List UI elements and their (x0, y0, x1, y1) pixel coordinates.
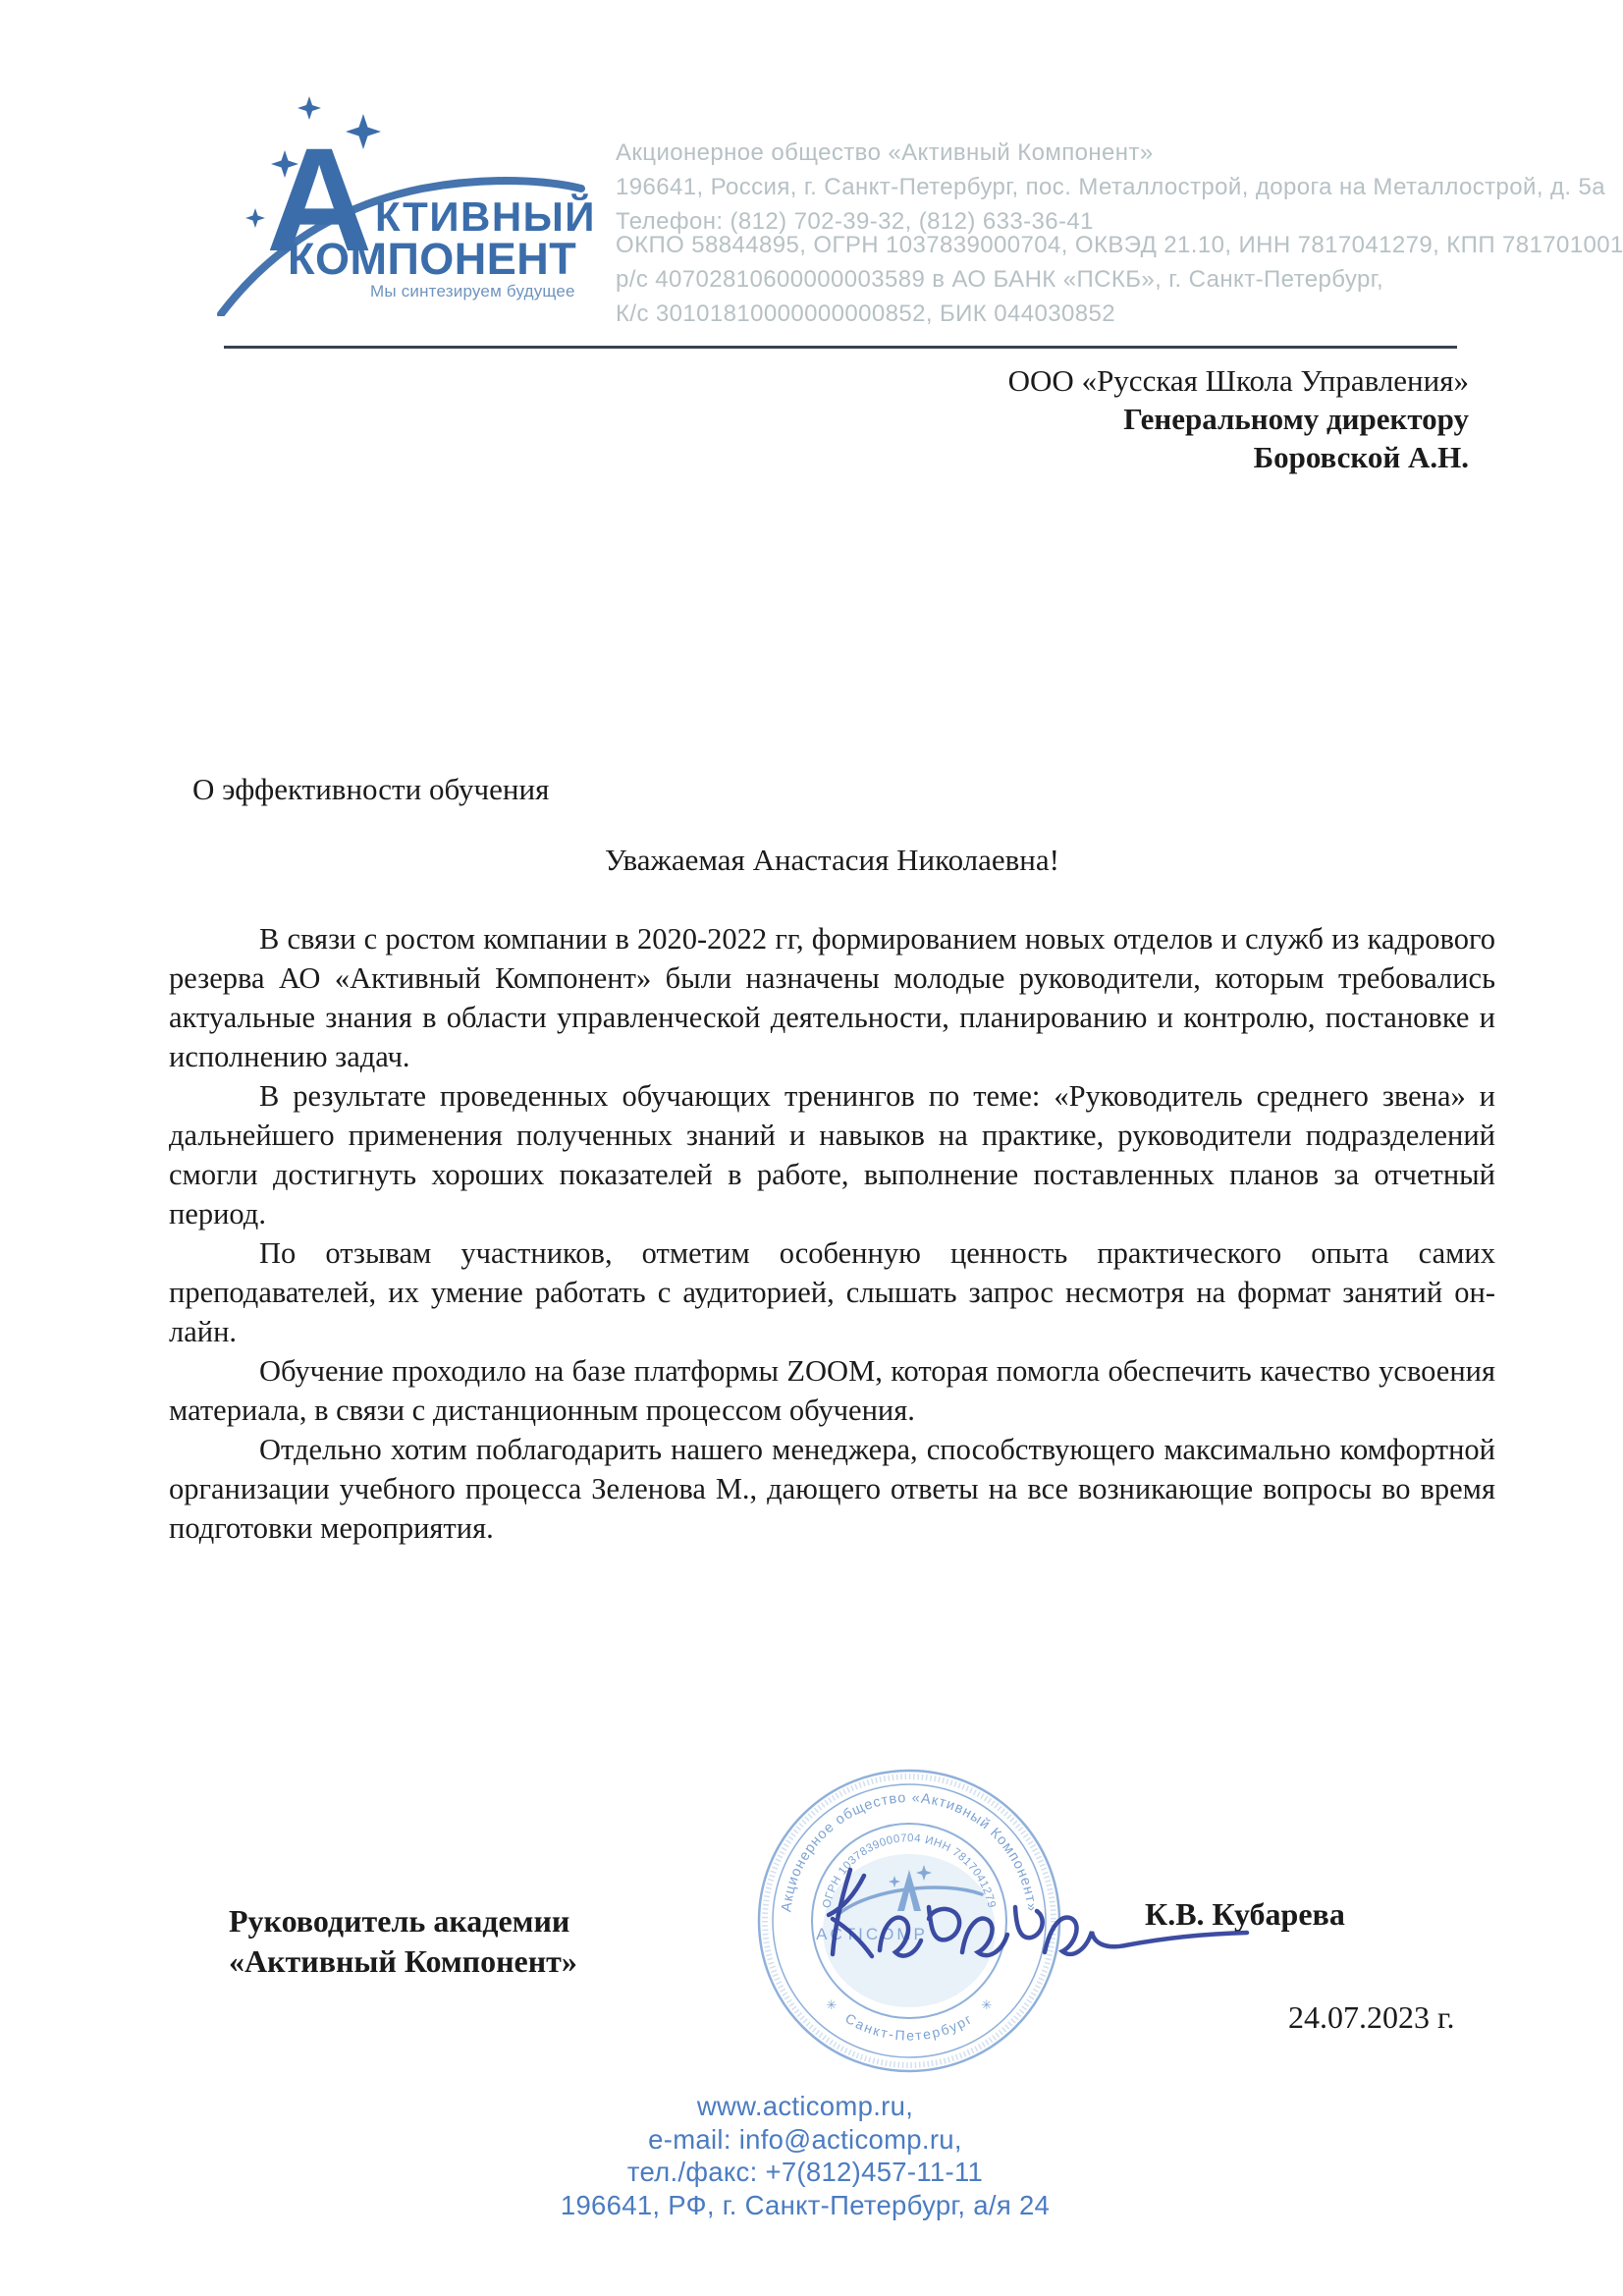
paragraph: В связи с ростом компании в 2020-2022 гг… (169, 919, 1495, 1076)
company-address-line: 196641, Россия, г. Санкт-Петербург, пос.… (616, 170, 1605, 204)
letter-date: 24.07.2023 г. (1288, 1999, 1455, 2036)
requisites-line: р/с 40702810600000003589 в АО БАНК «ПСКБ… (616, 262, 1623, 297)
salutation: Уважаемая Анастасия Николаевна! (169, 843, 1495, 878)
handwritten-signature (813, 1844, 1274, 1987)
paragraph: Обучение проходило на базе платформы ZOO… (169, 1351, 1495, 1430)
logo-tagline: Мы синтезируем будущее (370, 283, 575, 300)
signer-title: Руководитель академии «Активный Компонен… (229, 1901, 577, 1982)
paragraph: Отдельно хотим поблагодарить нашего мене… (169, 1430, 1495, 1548)
addressee-block: ООО «Русская Школа Управления» Генеральн… (1008, 361, 1469, 476)
logo-word-1: КТИВНЫЙ (375, 196, 596, 238)
company-address-block: Акционерное общество «Активный Компонент… (616, 136, 1605, 239)
requisites-line: ОКПО 58844895, ОГРН 1037839000704, ОКВЭД… (616, 228, 1623, 262)
signer-title-line: «Активный Компонент» (229, 1941, 577, 1982)
requisites-line: К/с 30101810000000000852, БИК 044030852 (616, 297, 1623, 331)
stamp-asterisk: ✳ (827, 1998, 838, 2013)
letter-page: А КТИВНЫЙ КОМПОНЕНТ Мы синтезируем будущ… (0, 0, 1623, 2296)
stamp-city-text: Санкт-Петербург (842, 2010, 976, 2044)
letter-subject: О эффективности обучения (192, 772, 549, 807)
logo-word-2: КОМПОНЕНТ (288, 237, 576, 281)
footer-contacts: www.acticomp.ru, e-mail: info@acticomp.r… (447, 2090, 1163, 2221)
paragraph: По отзывам участников, отметим особенную… (169, 1233, 1495, 1351)
stamp-asterisk: ✳ (982, 1998, 993, 2013)
svg-text:Санкт-Петербург: Санкт-Петербург (842, 2010, 976, 2044)
addressee-name: Боровской А.Н. (1008, 438, 1469, 476)
company-name-line: Акционерное общество «Активный Компонент… (616, 136, 1605, 170)
company-requisites-block: ОКПО 58844895, ОГРН 1037839000704, ОКВЭД… (616, 228, 1623, 331)
company-logo: А КТИВНЫЙ КОМПОНЕНТ Мы синтезируем будущ… (167, 90, 609, 316)
signer-title-line: Руководитель академии (229, 1901, 577, 1941)
footer-website: www.acticomp.ru, (447, 2090, 1163, 2123)
footer-email: e-mail: info@acticomp.ru, (447, 2123, 1163, 2157)
addressee-company: ООО «Русская Школа Управления» (1008, 361, 1469, 400)
footer-address: 196641, РФ, г. Санкт-Петербург, а/я 24 (447, 2189, 1163, 2222)
addressee-position: Генеральному директору (1008, 400, 1469, 438)
header-divider (224, 346, 1457, 349)
footer-phone: тел./факс: +7(812)457-11-11 (447, 2156, 1163, 2189)
paragraph: В результате проведенных обучающих трени… (169, 1076, 1495, 1233)
letter-body: В связи с ростом компании в 2020-2022 гг… (169, 919, 1495, 1548)
